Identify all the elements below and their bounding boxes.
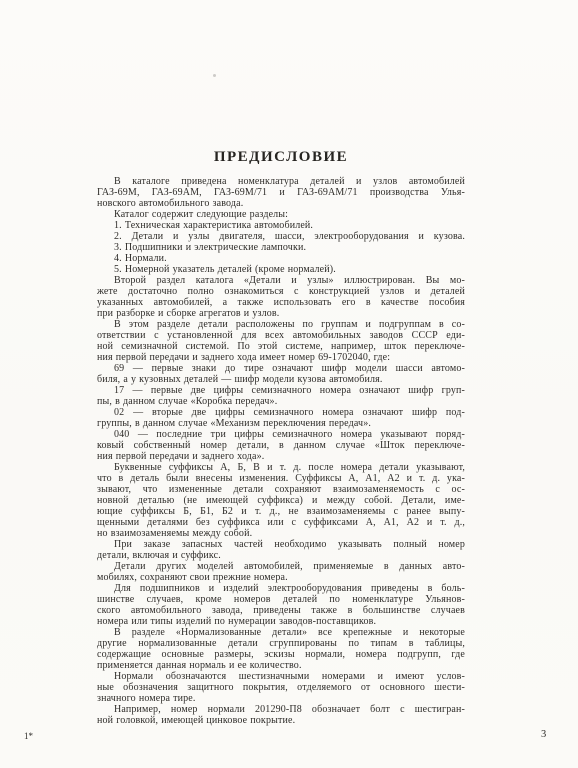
text-line: щенными деталями без суффикса или с суфф… [97,517,465,528]
text-line: указанных автомобилей, а также использов… [97,297,465,308]
text-line: 1. Техническая характеристика автомобиле… [97,220,465,231]
text-line: Каталог содержит следующие разделы: [97,209,465,220]
text-line: Детали других моделей автомобилей, приме… [97,561,465,572]
text-line: 3. Подшипники и электрические лампочки. [97,242,465,253]
text-line: значного номера тире. [97,693,465,704]
text-line: ковый собственный номер детали, в данном… [97,440,465,451]
text-line: жете достаточно полно ознакомиться с кон… [97,286,465,297]
text-line: ского автомобильного завода, приведены т… [97,605,465,616]
text-line: Второй раздел каталога «Детали и узлы» и… [97,275,465,286]
text-line: ответствии с установленной для всех авто… [97,330,465,341]
text-line: Для подшипников и изделий электрооборудо… [97,583,465,594]
text-line: шинстве случаев, кроме номеров деталей п… [97,594,465,605]
page-number: 3 [541,729,546,740]
text-line: новной деталью (не имеющей суффикса) и м… [97,495,465,506]
text-line: В каталоге приведена номенклатура детале… [97,176,465,187]
text-line: содержащие основные размеры, эскизы норм… [97,649,465,660]
text-line: ные обозначения защитного покрытия, отде… [97,682,465,693]
text-line: группы, в данном случае «Механизм перекл… [97,418,465,429]
text-line: что в деталь были внесены изменения. Суф… [97,473,465,484]
text-line: ния первой передачи и заднего хода имеет… [97,352,465,363]
scan-artifact-dot [213,74,216,77]
text-line: детали, включая и суффикс. [97,550,465,561]
text-line: номера или типы изделий по нумерации зав… [97,616,465,627]
text-line: другие нормализованные детали сгруппиров… [97,638,465,649]
text-line: зывают, что измененные детали сохраняют … [97,484,465,495]
signature-mark: 1* [24,731,33,741]
text-line: Например, номер нормали 201290-П8 обозна… [97,704,465,715]
page-title: ПРЕДИСЛОВИЕ [97,149,465,166]
text-line: но взаимозаменяемы между собой. [97,528,465,539]
text-line: 040 — последние три цифры семизначного н… [97,429,465,440]
scanned-book-page: ПРЕДИСЛОВИЕ В каталоге приведена номенкл… [0,0,578,768]
text-line: ния первой передачи и заднего хода». [97,451,465,462]
text-line: ГАЗ-69М, ГАЗ-69АМ, ГАЗ-69М/71 и ГАЗ-69АМ… [97,187,465,198]
text-line: 4. Нормали. [97,253,465,264]
text-line: 2. Детали и узлы двигателя, шасси, элект… [97,231,465,242]
text-line: мобилях, сохраняют свои прежние номера. [97,572,465,583]
text-line: ной семизначной системой. По этой систем… [97,341,465,352]
text-line: пы, в данном случае «Коробка передач». [97,396,465,407]
text-line: ющие суффиксы Б, Б1, Б2 и т. д., не взаи… [97,506,465,517]
text-line: применяется данная нормаль и ее количест… [97,660,465,671]
text-line: При заказе запасных частей необходимо ук… [97,539,465,550]
text-column: В каталоге приведена номенклатура детале… [97,176,465,726]
text-line: 17 — первые две цифры семизначного номер… [97,385,465,396]
text-line: Буквенные суффиксы А, Б, В и т. д. после… [97,462,465,473]
text-line: 02 — вторые две цифры семизначного номер… [97,407,465,418]
text-line: ной головкой, имеющей цинковое покрытие. [97,715,465,726]
text-line: Нормали обозначаются шестизначными номер… [97,671,465,682]
text-line: В разделе «Нормализованные детали» все к… [97,627,465,638]
text-line: при разборке и сборке агрегатов и узлов. [97,308,465,319]
text-line: 69 — первые знаки до тире означают шифр … [97,363,465,374]
text-line: биля, а у кузовных деталей — шифр модели… [97,374,465,385]
text-line: новского автомобильного завода. [97,198,465,209]
text-line: 5. Номерной указатель деталей (кроме нор… [97,264,465,275]
text-line: В этом разделе детали расположены по гру… [97,319,465,330]
